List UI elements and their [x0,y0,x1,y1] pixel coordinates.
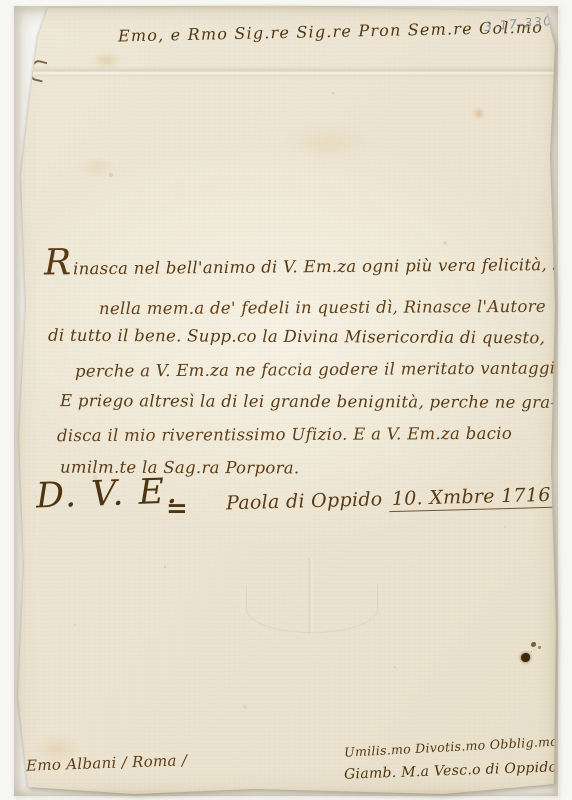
dateline-date: 10. Xmbre 1716. [389,484,561,512]
body-line-2: nella mem.a de' fedeli in questi dì, Rin… [99,297,546,318]
scanned-letter-page: Emo, e Rmo Sig.re Sig.re Pron Sem.re Col… [0,0,572,800]
paper-stain [474,109,484,118]
paper-stain [78,156,118,178]
body-line-5: E priego altresì la di lei grande benign… [60,391,556,412]
horizontal-fold-crease [14,66,558,78]
dateline-separator: = [166,494,186,524]
ink-blot [521,653,530,662]
valediction-monogram: D. V. E. [35,472,179,517]
paper-sheet-shadow: Emo, e Rmo Sig.re Sig.re Pron Sem.re Col… [14,6,558,796]
paper-stain [284,126,374,160]
manuscript-paper-sheet: Emo, e Rmo Sig.re Sig.re Pron Sem.re Col… [14,6,558,796]
dateline-place: Paola di Oppido [226,488,383,514]
body-line-3: di tutto il bene. Supp.co la Divina Mise… [48,326,545,348]
crease-arc-mark [246,586,378,633]
body-line-4: perche a V. Em.za ne faccia godere il me… [75,358,572,380]
body-line-6: disca il mio riverentissimo Ufizio. E a … [57,424,512,445]
paper-stain [92,52,122,68]
paper-foxing-spots [14,6,16,8]
